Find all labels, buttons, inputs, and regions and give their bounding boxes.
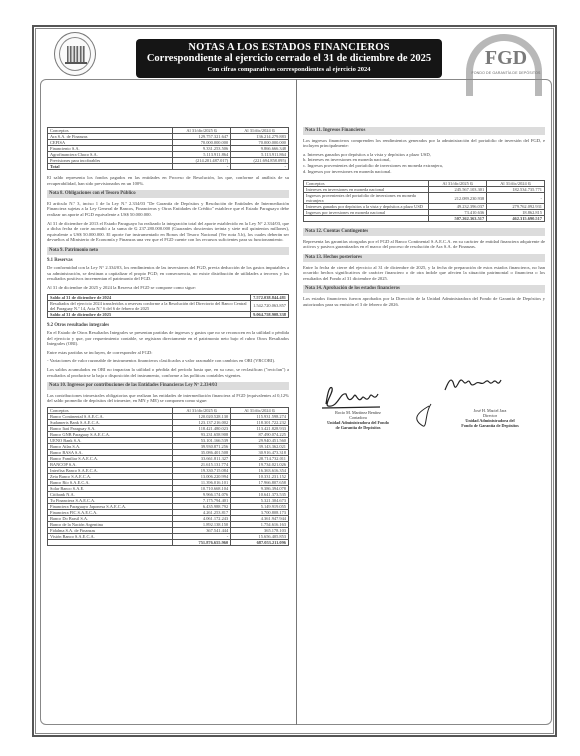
fgd-logo-icon: FGD FONDO DE GARANTÍA DE DEPÓSITOS — [460, 32, 552, 78]
table-cell: 507.262.363.517 — [429, 216, 487, 222]
table-cell: - — [231, 164, 289, 170]
contributions-table: ConceptosAl 31/dic/2025 ₲Al 31/dic/2024 … — [47, 407, 289, 546]
paragraph: De conformidad con la Ley N° 2.334/03, l… — [47, 265, 289, 282]
document-subtitle: Correspondiente al ejercicio cerrado el … — [136, 53, 442, 64]
column-divider — [296, 79, 297, 725]
note-8-title: Nota 8. Obligaciones con el Tesoro Públi… — [47, 190, 289, 198]
table-cell — [304, 216, 429, 222]
document-header: NOTAS A LOS ESTADOS FINANCIEROS Correspo… — [40, 30, 552, 78]
paragraph: En el Estado de Otros Resultados Integra… — [47, 330, 289, 347]
note-9-title: Nota 9. Patrimonio neto — [47, 247, 289, 255]
paragraph: Al 31 de diciembre de 2025 y 2024 la Res… — [47, 285, 289, 291]
paragraph: Al 31 de diciembre de 2013 el Estado Par… — [47, 221, 289, 243]
table-cell: 462.315.690.517 — [487, 216, 545, 222]
table-cell — [48, 540, 173, 546]
note-13-title: Nota 13. Hechos posteriores — [303, 254, 545, 262]
paragraph: Los ingresos financieros comprenden los … — [303, 138, 545, 149]
table-row: Ingresos provenientes del portafolio de … — [304, 193, 545, 204]
table-cell: Ingresos provenientes del portafolio de … — [304, 193, 429, 204]
list-item: d. Ingresos por inversiones en moneda na… — [303, 169, 545, 175]
table-cell: 687.053.211.096 — [231, 540, 289, 546]
table-cell: 1.542.720.063.857 — [251, 300, 289, 311]
paragraph: El saldo representa los fondos pagados e… — [47, 175, 289, 186]
left-column: ConceptosAl 31/dic/2025 ₲Al 31/dic/2024 … — [47, 127, 289, 546]
table-row: Resultados del ejercicio 2024 transferid… — [48, 300, 289, 311]
table-cell: Intereses ganados por depósitos a la vis… — [304, 204, 429, 210]
paragraph: Los saldos acumulados en ORI no impactan… — [47, 367, 289, 378]
table-cell: 7.572.038.844.481 — [251, 294, 289, 300]
reserves-table: Saldo al 31 de diciembre de 20247.572.03… — [47, 294, 289, 318]
paragraph: Las contribuciones trimestrales obligato… — [47, 393, 289, 404]
table-row: Total-- — [48, 164, 289, 170]
table-cell: 751.876.655.960 — [173, 540, 231, 546]
document-title: NOTAS A LOS ESTADOS FINANCIEROS — [136, 42, 442, 53]
note-12-title: Nota 12. Cuentas Contingentes — [303, 228, 545, 236]
table-total-row: 751.876.655.960687.053.211.096 — [48, 540, 289, 546]
signature-block-accountant: Rocío M. Martínez Benítez Contadora Unid… — [303, 410, 413, 430]
document-comparative-note: Con cifras comparativas correspondientes… — [136, 66, 442, 73]
paragraph: El artículo N.º 3, inciso 1 de la Ley N.… — [47, 201, 289, 218]
table-cell: Saldo al 31 de diciembre de 2025 — [48, 311, 251, 317]
signature-martinez-icon — [318, 382, 388, 412]
title-banner: NOTAS A LOS ESTADOS FINANCIEROS Correspo… — [136, 39, 442, 78]
paragraph: - Variaciones de valor razonable de inst… — [47, 358, 289, 364]
right-column: Nota 11. Ingresos Financieros Los ingres… — [303, 127, 545, 310]
note-11-title: Nota 11. Ingresos Financieros — [303, 127, 545, 135]
paragraph: Entre estas partidas se incluyen, de cor… — [47, 350, 289, 356]
table-cell: - — [487, 193, 545, 204]
note-10-title: Nota 10. Ingresos por contribuciones de … — [47, 382, 289, 390]
signature-block-director: José H. Maciel Jara Director Unidad Admi… — [440, 408, 540, 428]
section-9-2-title: 9.2 Otros resultados integrales — [47, 323, 289, 329]
paragraph: Representa las garantías otorgadas por e… — [303, 239, 545, 250]
table-cell: - — [173, 164, 231, 170]
paragraph: Entre la fecha de cierre del ejercicio a… — [303, 265, 545, 282]
paragraph: Los estados financieros fueron aprobados… — [303, 296, 545, 307]
income-list: a. Intereses ganados por depósitos a la … — [303, 152, 545, 174]
note-14-title: Nota 14. Aprobación de los estados finan… — [303, 285, 545, 293]
table-row: Saldo al 31 de diciembre de 20259.064.75… — [48, 311, 289, 317]
section-9-1-title: 9.1 Reservas — [47, 258, 289, 264]
table-cell: 9.064.758.908.338 — [251, 311, 289, 317]
table-cell: 212.089.230.938 — [429, 193, 487, 204]
financial-income-table: ConceptosAl 31/dic/2025 ₲Al 31/dic/2024 … — [303, 180, 545, 222]
table-cell: Total — [48, 164, 173, 170]
banco-central-seal-icon — [54, 32, 96, 76]
receivables-table: ConceptosAl 31/dic/2025 ₲Al 31/dic/2024 … — [47, 127, 289, 170]
table-total-row: 507.262.363.517462.315.690.517 — [304, 216, 545, 222]
table-cell: Resultados del ejercicio 2024 transferid… — [48, 300, 251, 311]
